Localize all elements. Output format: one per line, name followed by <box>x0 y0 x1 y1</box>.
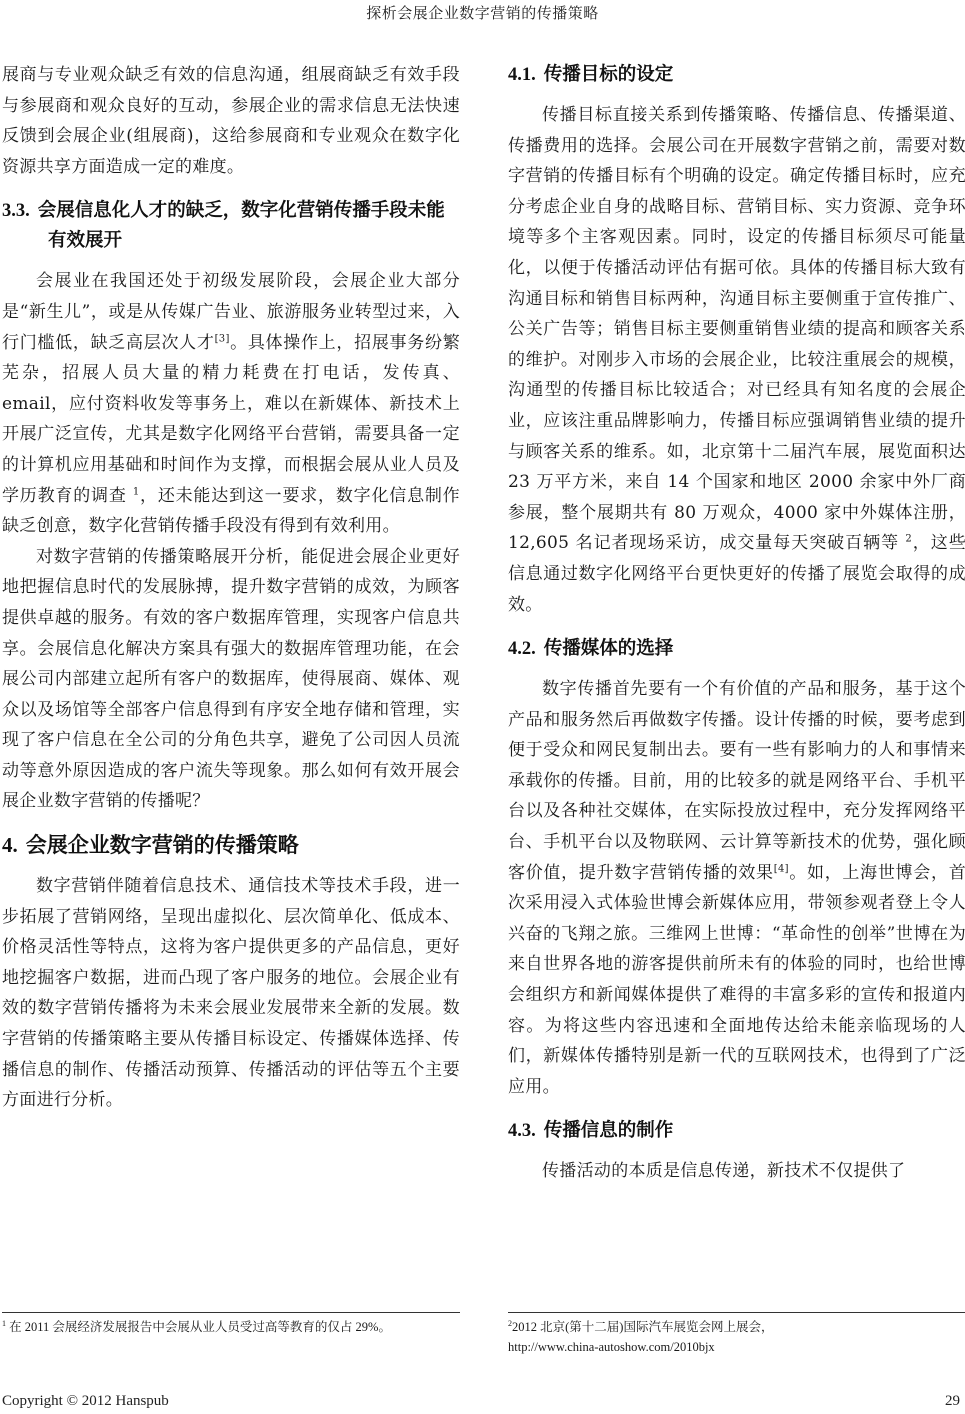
section-number: 3.3. <box>2 201 30 221</box>
running-header: 探析会展企业数字营销的传播策略 <box>0 2 965 23</box>
section-title: 传播目标的设定 <box>544 64 674 85</box>
text-run: 。具体操作上，招展事务纷繁芜杂，招展人员大量的精力耗费在打电话，发传真、emai… <box>2 333 460 506</box>
footnote-2: 22012 北京(第十二届)国际汽车展览会网上展会，http://www.chi… <box>508 1317 965 1357</box>
paragraph: 会展业在我国还处于初级发展阶段，会展企业大部分是“新生儿”，或是从传媒广告业、旅… <box>2 266 460 541</box>
section-number: 4.3. <box>508 1121 536 1141</box>
right-column: 4.1.传播目标的设定 传播目标直接关系到传播策略、传播信息、传播渠道、传播费用… <box>508 60 965 1187</box>
footnote-divider <box>2 1312 460 1313</box>
page-footer: Copyright © 2012 Hanspub 29 <box>2 1393 960 1410</box>
footnote-text: 在 2011 会展经济发展报告中会展从业人员受过高等教育的仅占 29%。 <box>6 1320 391 1334</box>
footnote-url[interactable]: http://www.china-autoshow.com/2010bjx <box>508 1340 715 1354</box>
section-heading-4-3: 4.3.传播信息的制作 <box>508 1116 965 1146</box>
section-heading-4-1: 4.1.传播目标的设定 <box>508 60 965 90</box>
page-number: 29 <box>945 1393 960 1410</box>
section-heading-3-3: 3.3.会展信息化人才的缺乏，数字化营销传播手段未能有效展开 <box>2 196 460 256</box>
paragraph: 展商与专业观众缺乏有效的信息沟通，组展商缺乏有效手段与参展商和观众良好的互动，参… <box>2 60 460 182</box>
footnote-1: 1 在 2011 会展经济发展报告中会展从业人员受过高等教育的仅占 29%。 <box>2 1317 460 1337</box>
section-title: 会展信息化人才的缺乏，数字化营销传播手段未能有效展开 <box>38 200 445 251</box>
footnote-area-left: 1 在 2011 会展经济发展报告中会展从业人员受过高等教育的仅占 29%。 <box>2 1312 460 1337</box>
section-number: 4.2. <box>508 639 536 659</box>
paragraph: 数字营销伴随着信息技术、通信技术等技术手段，进一步拓展了营销网络，呈现出虚拟化、… <box>2 871 460 1116</box>
section-number: 4. <box>2 833 18 857</box>
section-title: 会展企业数字营销的传播策略 <box>26 833 299 857</box>
paragraph: 传播目标直接关系到传播策略、传播信息、传播渠道、传播费用的选择。会展公司在开展数… <box>508 100 965 620</box>
copyright: Copyright © 2012 Hanspub <box>2 1393 169 1410</box>
section-title: 传播媒体的选择 <box>544 638 674 659</box>
footnote-area-right: 22012 北京(第十二届)国际汽车展览会网上展会，http://www.chi… <box>508 1312 965 1357</box>
footnote-text: 2012 北京(第十二届)国际汽车展览会网上展会， <box>512 1320 773 1334</box>
text-run: 。如，上海世博会，首次采用浸入式体验世博会新媒体应用，带领参观者登上令人兴奋的飞… <box>508 863 965 1097</box>
section-number: 4.1. <box>508 65 536 85</box>
text-run: 数字传播首先要有一个有价值的产品和服务，基于这个产品和服务然后再做数字传播。设计… <box>508 679 965 883</box>
paragraph: 数字传播首先要有一个有价值的产品和服务，基于这个产品和服务然后再做数字传播。设计… <box>508 674 965 1102</box>
paragraph: 传播活动的本质是信息传递，新技术不仅提供了 <box>508 1156 965 1187</box>
left-column: 展商与专业观众缺乏有效的信息沟通，组展商缺乏有效手段与参展商和观众良好的互动，参… <box>2 60 460 1116</box>
citation-ref[interactable]: [3] <box>215 333 230 344</box>
paragraph: 对数字营销的传播策略展开分析，能促进会展企业更好地把握信息时代的发展脉搏，提升数… <box>2 542 460 817</box>
footnote-ref[interactable]: 1 <box>133 486 140 497</box>
footnote-divider <box>508 1312 965 1313</box>
section-heading-4-2: 4.2.传播媒体的选择 <box>508 634 965 664</box>
citation-ref[interactable]: [4] <box>774 863 789 874</box>
text-run: 传播目标直接关系到传播策略、传播信息、传播渠道、传播费用的选择。会展公司在开展数… <box>508 105 965 553</box>
section-title: 传播信息的制作 <box>544 1120 674 1141</box>
section-heading-4: 4.会展企业数字营销的传播策略 <box>2 829 460 861</box>
